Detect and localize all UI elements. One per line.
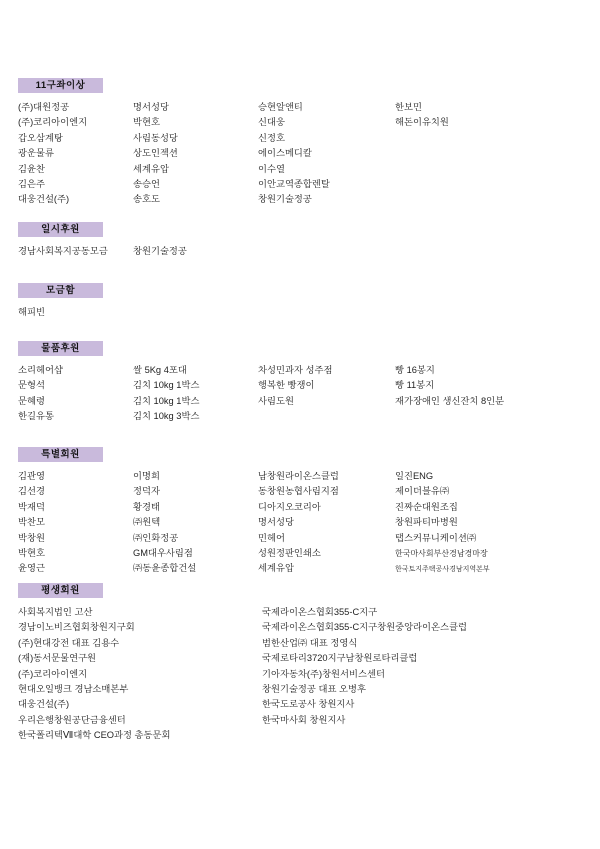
table-row: (주)코리아이엔지박현호신대웅해돈이유치원 xyxy=(18,115,590,130)
table-cell: 해돈이유치원 xyxy=(395,115,590,130)
table-cell: 김치 10kg 1박스 xyxy=(133,394,258,409)
table-cell: 한국토지주택공사경남지역본부 xyxy=(395,562,590,577)
table-cell: GM대우사림점 xyxy=(133,546,258,561)
table-cell: 쌀 5Kg 4포대 xyxy=(133,363,258,378)
table-row: (주)현대강전 대표 김용수범한산업㈜ 대표 정영식 xyxy=(18,636,590,651)
table-cell: 정덕자 xyxy=(133,484,258,499)
table-cell: 에이스메디칼 xyxy=(258,146,395,161)
table-cell: 제이더블유㈜ xyxy=(395,484,590,499)
section-header-donation-box: 모금함 xyxy=(18,283,103,298)
section-header-special-members: 특별회원 xyxy=(18,447,103,462)
table-cell: 신정호 xyxy=(258,131,395,146)
table-cell: 송승언 xyxy=(133,177,258,192)
table-cell: 광운물류 xyxy=(18,146,133,161)
table-cell: 명서성당 xyxy=(133,100,258,115)
table-cell: 신대웅 xyxy=(258,115,395,130)
table-cell: 박창원 xyxy=(18,531,133,546)
table-cell: ㈜동윤종합건설 xyxy=(133,561,258,576)
table-cell: 황경태 xyxy=(133,500,258,515)
table-cell: 이안교역종합렌탈 xyxy=(258,177,395,192)
section-rows: 사회복지법인 고산국제라이온스협회355-C지구경남이노비즈협회창원지구회국제라… xyxy=(18,605,590,744)
section-over-11-accounts: 11구좌이상(주)대원정공명서성당승현알앤티한보민(주)코리아이엔지박현호신대웅… xyxy=(18,78,590,208)
table-cell: 국제라이온스협회355-C지구창원중앙라이온스클럽 xyxy=(262,620,590,635)
section-goods-support: 물품후원소리헤어샵쌀 5Kg 4포대차성민과자 성주점빵 16봉지문형석김치 1… xyxy=(18,341,590,425)
table-cell: 한국마사회부산경남경마장 xyxy=(395,546,590,561)
table-cell: 민헤어 xyxy=(258,531,395,546)
document-page: 11구좌이상(주)대원정공명서성당승현알앤티한보민(주)코리아이엔지박현호신대웅… xyxy=(0,0,600,849)
table-cell: 국제로타리3720지구남창원로타리클럽 xyxy=(262,651,590,666)
table-cell: 명서성당 xyxy=(258,515,395,530)
section-lifetime-members: 평생회원사회복지법인 고산국제라이온스협회355-C지구경남이노비즈협회창원지구… xyxy=(18,583,590,744)
table-cell: 김선경 xyxy=(18,484,133,499)
table-cell: 해피빈 xyxy=(18,305,590,320)
table-cell: (주)현대강전 대표 김용수 xyxy=(18,636,262,651)
table-cell: 국제라이온스협회355-C지구 xyxy=(262,605,590,620)
table-row: 박창원㈜인화정공민헤어탭스커뮤니케이션㈜ xyxy=(18,531,590,546)
table-row: 경남이노비즈협회창원지구회국제라이온스협회355-C지구창원중앙라이온스클럽 xyxy=(18,620,590,635)
table-cell: 일진ENG xyxy=(395,469,590,484)
table-cell: (주)코리아이엔지 xyxy=(18,115,133,130)
section-rows: 김관영이명희남창원라이온스클럽일진ENG김선경정덕자동창원농협사림지점제이더블유… xyxy=(18,469,590,577)
table-cell: 세계유압 xyxy=(258,561,395,576)
table-cell: 한국폴리텍Ⅶ대학 CEO과정 총동문회 xyxy=(18,728,262,743)
table-cell: 승현알앤티 xyxy=(258,100,395,115)
table-cell: 사림동성당 xyxy=(133,131,258,146)
table-row: (주)대원정공명서성당승현알앤티한보민 xyxy=(18,100,590,115)
table-cell: 김치 10kg 3박스 xyxy=(133,409,258,424)
table-cell: 경남사회복지공동모금 xyxy=(18,244,133,259)
table-cell: 상도인젝션 xyxy=(133,146,258,161)
table-row: 김윤찬세계유압이수열 xyxy=(18,162,590,177)
table-row: 한길유통김치 10kg 3박스 xyxy=(18,409,590,424)
table-cell: 창원기술정공 xyxy=(133,244,590,259)
table-cell: 현대오일뱅크 경남소매본부 xyxy=(18,682,262,697)
table-cell: 차성민과자 성주점 xyxy=(258,363,395,378)
section-rows: 해피빈 xyxy=(18,305,590,320)
table-row: 대웅건설(주)송호도창원기술정공 xyxy=(18,192,590,207)
table-cell: 소리헤어샵 xyxy=(18,363,133,378)
table-row: 박현호GM대우사림점성원정판인쇄소한국마사회부산경남경마장 xyxy=(18,546,590,561)
table-cell: 남창원라이온스클럽 xyxy=(258,469,395,484)
table-cell: 빵 16봉지 xyxy=(395,363,590,378)
table-cell: 우리은행창원공단금융센터 xyxy=(18,713,262,728)
table-cell: 디아지오코리아 xyxy=(258,500,395,515)
table-cell: 행복한 빵쟁이 xyxy=(258,378,395,393)
table-row: 소리헤어샵쌀 5Kg 4포대차성민과자 성주점빵 16봉지 xyxy=(18,363,590,378)
section-one-time-support: 일시후원경남사회복지공동모금창원기술정공 xyxy=(18,222,590,259)
table-cell: 동창원농협사림지점 xyxy=(258,484,395,499)
table-cell: 세계유압 xyxy=(133,162,258,177)
table-cell: 박찬모 xyxy=(18,515,133,530)
section-header-over-11-accounts: 11구좌이상 xyxy=(18,78,103,93)
table-row: 해피빈 xyxy=(18,305,590,320)
table-cell: 문형석 xyxy=(18,378,133,393)
table-cell: 김치 10kg 1박스 xyxy=(133,378,258,393)
table-row: 사회복지법인 고산국제라이온스협회355-C지구 xyxy=(18,605,590,620)
table-cell: 한국마사회 창원지사 xyxy=(262,713,590,728)
table-row: (재)동서문물연구원국제로타리3720지구남창원로타리클럽 xyxy=(18,651,590,666)
table-row: 우리은행창원공단금융센터한국마사회 창원지사 xyxy=(18,713,590,728)
table-cell: ㈜인화정공 xyxy=(133,531,258,546)
table-row: 대웅건설(주)한국도로공사 창원지사 xyxy=(18,697,590,712)
section-rows: 소리헤어샵쌀 5Kg 4포대차성민과자 성주점빵 16봉지문형석김치 10kg … xyxy=(18,363,590,425)
section-donation-box: 모금함해피빈 xyxy=(18,283,590,320)
table-cell: 성원정판인쇄소 xyxy=(258,546,395,561)
section-special-members: 특별회원김관영이명희남창원라이온스클럽일진ENG김선경정덕자동창원농협사림지점제… xyxy=(18,447,590,577)
table-cell: (주)대원정공 xyxy=(18,100,133,115)
table-cell: ㈜원텍 xyxy=(133,515,258,530)
table-row: 문형석김치 10kg 1박스행복한 빵쟁이빵 11봉지 xyxy=(18,378,590,393)
table-cell: 김은주 xyxy=(18,177,133,192)
section-rows: (주)대원정공명서성당승현알앤티한보민(주)코리아이엔지박현호신대웅해돈이유치원… xyxy=(18,100,590,208)
table-cell: (주)코리아이엔지 xyxy=(18,667,262,682)
table-row: 김관영이명희남창원라이온스클럽일진ENG xyxy=(18,469,590,484)
table-row: 한국폴리텍Ⅶ대학 CEO과정 총동문회 xyxy=(18,728,590,743)
table-row: 김선경정덕자동창원농협사림지점제이더블유㈜ xyxy=(18,484,590,499)
table-cell: 탭스커뮤니케이션㈜ xyxy=(395,531,590,546)
table-cell: 박현호 xyxy=(133,115,258,130)
section-header-lifetime-members: 평생회원 xyxy=(18,583,103,598)
table-cell: 빵 11봉지 xyxy=(395,378,590,393)
table-cell: 문혜령 xyxy=(18,394,133,409)
table-row: 현대오일뱅크 경남소매본부창원기술정공 대표 오병후 xyxy=(18,682,590,697)
table-cell: 이명희 xyxy=(133,469,258,484)
table-cell: 한길유통 xyxy=(18,409,133,424)
table-row: 경남사회복지공동모금창원기술정공 xyxy=(18,244,590,259)
table-cell: 윤영근 xyxy=(18,561,133,576)
table-row: (주)코리아이엔지기아자동차(주)창원서비스센터 xyxy=(18,667,590,682)
table-cell: (재)동서문물연구원 xyxy=(18,651,262,666)
table-row: 박재덕황경태디아지오코리아진짜순대원조집 xyxy=(18,500,590,515)
table-cell: 한보민 xyxy=(395,100,590,115)
table-cell: 김윤찬 xyxy=(18,162,133,177)
table-cell: 사회복지법인 고산 xyxy=(18,605,262,620)
table-cell: 범한산업㈜ 대표 정영식 xyxy=(262,636,590,651)
table-cell: 대웅건설(주) xyxy=(18,697,262,712)
table-cell: 창원기술정공 대표 오병후 xyxy=(262,682,590,697)
table-cell: 김관영 xyxy=(18,469,133,484)
section-rows: 경남사회복지공동모금창원기술정공 xyxy=(18,244,590,259)
table-cell: 창원파티마병원 xyxy=(395,515,590,530)
table-cell: 진짜순대원조집 xyxy=(395,500,590,515)
section-header-goods-support: 물품후원 xyxy=(18,341,103,356)
table-row: 윤영근㈜동윤종합건설세계유압한국토지주택공사경남지역본부 xyxy=(18,561,590,576)
section-header-one-time-support: 일시후원 xyxy=(18,222,103,237)
table-cell: 재가장애인 생신잔치 8인분 xyxy=(395,394,590,409)
table-cell: 송호도 xyxy=(133,192,258,207)
table-cell: 한국도로공사 창원지사 xyxy=(262,697,590,712)
table-cell: 창원기술정공 xyxy=(258,192,395,207)
table-row: 박찬모㈜원텍명서성당창원파티마병원 xyxy=(18,515,590,530)
table-cell: 이수열 xyxy=(258,162,395,177)
table-row: 김은주송승언이안교역종합렌탈 xyxy=(18,177,590,192)
table-row: 문혜령김치 10kg 1박스사림도원재가장애인 생신잔치 8인분 xyxy=(18,394,590,409)
table-cell: 기아자동차(주)창원서비스센터 xyxy=(262,667,590,682)
table-cell: 박재덕 xyxy=(18,500,133,515)
table-cell: 박현호 xyxy=(18,546,133,561)
table-cell: 대웅건설(주) xyxy=(18,192,133,207)
table-cell: 갑오삼계탕 xyxy=(18,131,133,146)
table-cell: 사림도원 xyxy=(258,394,395,409)
table-row: 갑오삼계탕사림동성당신정호 xyxy=(18,131,590,146)
table-cell: 경남이노비즈협회창원지구회 xyxy=(18,620,262,635)
table-row: 광운물류상도인젝션에이스메디칼 xyxy=(18,146,590,161)
